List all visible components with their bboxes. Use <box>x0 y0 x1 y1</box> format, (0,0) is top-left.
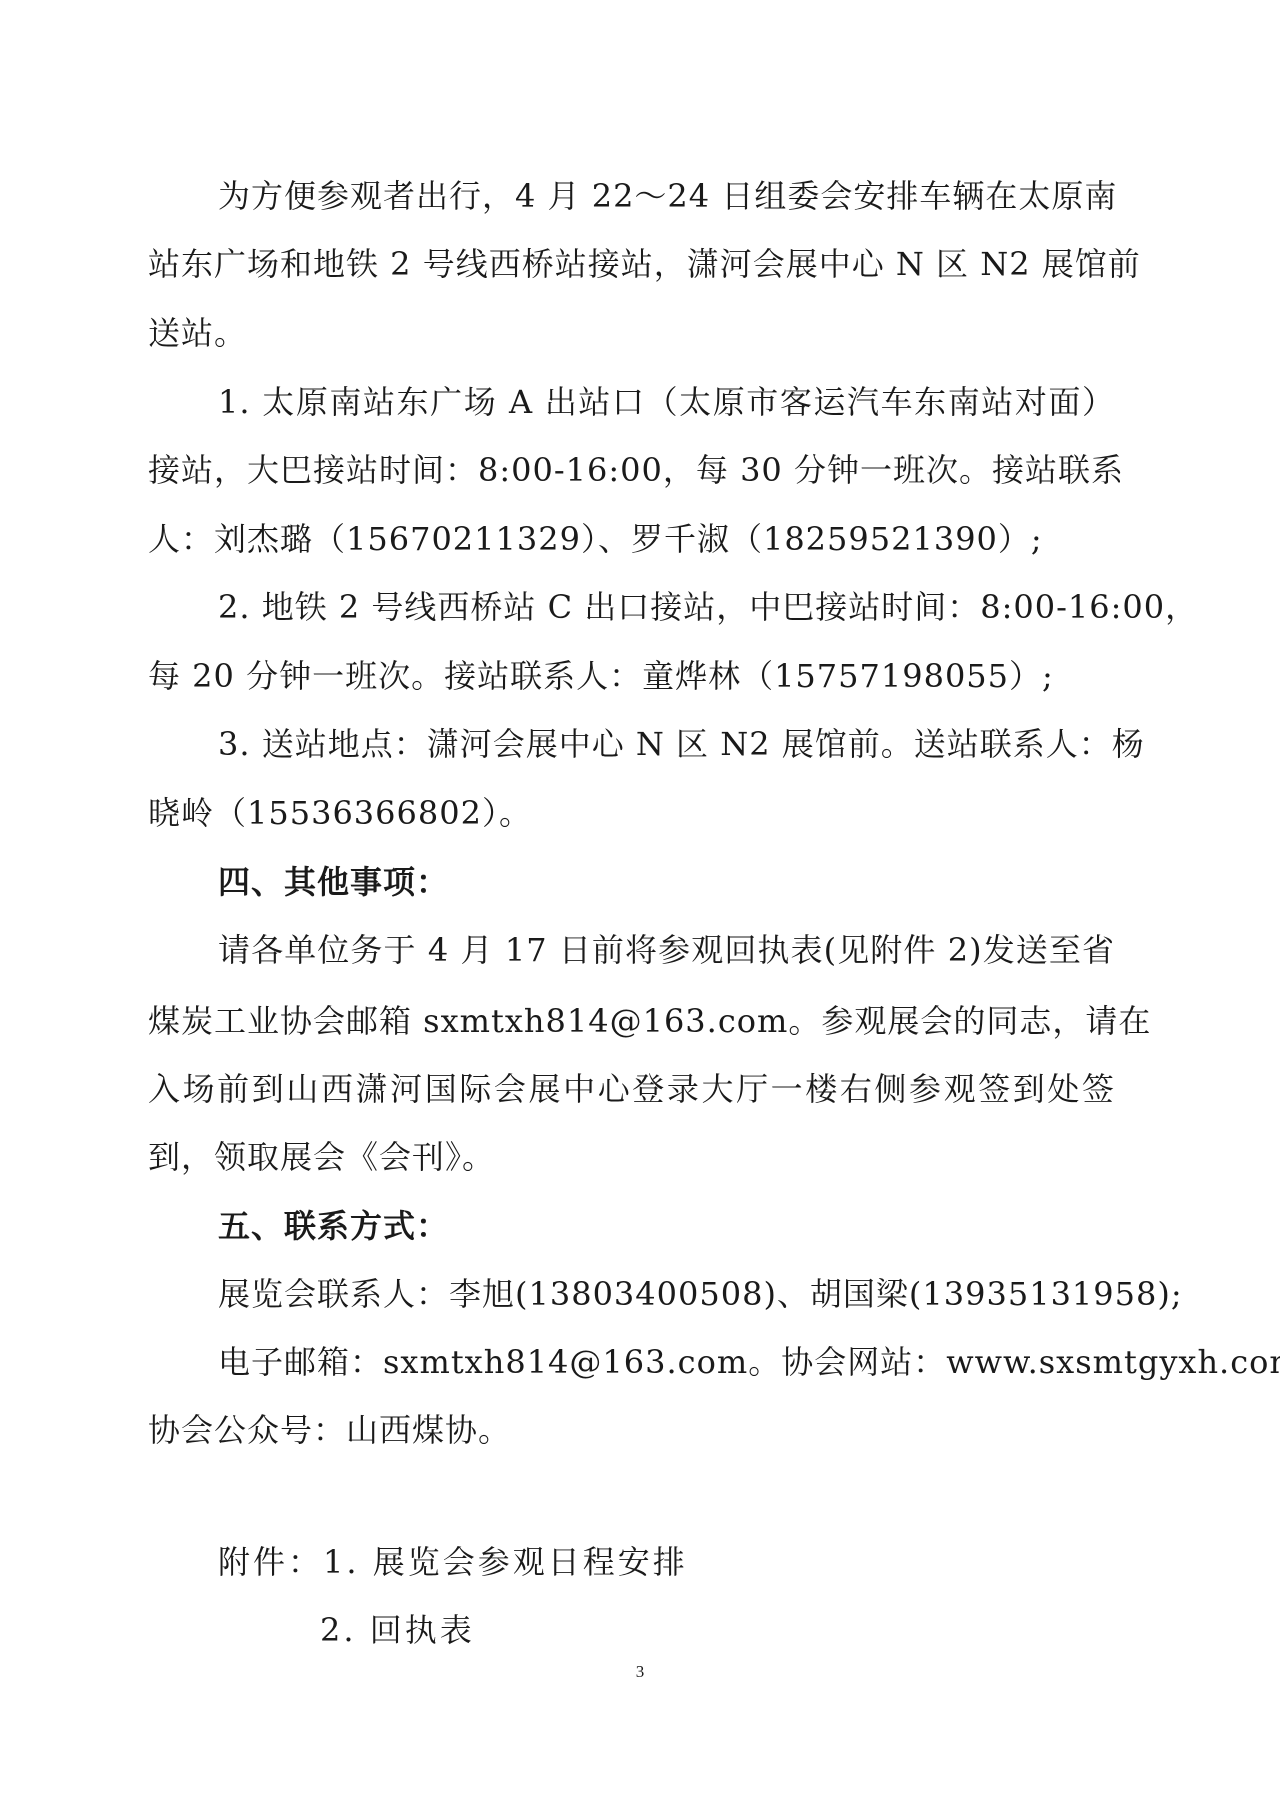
attachment-item: 2. 回执表 <box>320 1610 475 1650</box>
paragraph-line: 入场前到山西潇河国际会展中心登录大厅一楼右侧参观签到处签 <box>148 1069 1115 1109</box>
list-item-line: 接站，大巴接站时间：8:00-16:00，每 30 分钟一班次。接站联系 <box>148 450 1115 490</box>
paragraph-line: 煤炭工业协会邮箱 sxmtxh814@163.com。参观展会的同志，请在 <box>148 1001 1115 1041</box>
page-number: 3 <box>630 1660 650 1684</box>
contact-line: 展览会联系人：李旭(13803400508)、胡国梁(13935131958); <box>218 1274 1115 1314</box>
attachment-item: 1. 展览会参观日程安排 <box>323 1543 688 1581</box>
list-item-line: 1. 太原南站东广场 A 出站口（太原市客运汽车东南站对面） <box>218 382 1115 422</box>
paragraph-line: 送站。 <box>148 313 1115 353</box>
attachments-list: 附件：1. 展览会参观日程安排 <box>218 1542 688 1582</box>
paragraph-line: 站东广场和地铁 2 号线西桥站接站，潇河会展中心 N 区 N2 展馆前 <box>148 244 1115 284</box>
section-heading: 四、其他事项： <box>218 862 449 902</box>
document-page: 为方便参观者出行，4 月 22～24 日组委会安排车辆在太原南 站东广场和地铁 … <box>0 0 1280 1811</box>
paragraph-line: 请各单位务于 4 月 17 日前将参观回执表(见附件 2)发送至省 <box>218 930 1115 970</box>
section-heading: 五、联系方式： <box>218 1206 449 1246</box>
list-item-line: 2. 地铁 2 号线西桥站 C 出口接站，中巴接站时间：8:00-16:00， <box>218 587 1115 627</box>
list-item-line: 每 20 分钟一班次。接站联系人：童烨林（15757198055）; <box>148 656 1115 696</box>
contact-line: 协会公众号：山西煤协。 <box>148 1410 1115 1450</box>
list-item-line: 3. 送站地点：潇河会展中心 N 区 N2 展馆前。送站联系人：杨 <box>218 724 1115 764</box>
paragraph-line: 为方便参观者出行，4 月 22～24 日组委会安排车辆在太原南 <box>218 176 1115 216</box>
list-item-line: 晓岭（15536366802）。 <box>148 793 1115 833</box>
list-item-line: 人：刘杰璐（15670211329）、罗千淑（18259521390）; <box>148 519 1115 559</box>
paragraph-line: 到，领取展会《会刊》。 <box>148 1137 1115 1177</box>
contact-line: 电子邮箱：sxmtxh814@163.com。协会网站：www.sxsmtgyx… <box>218 1342 1115 1382</box>
attachments-label: 附件： <box>218 1543 323 1581</box>
